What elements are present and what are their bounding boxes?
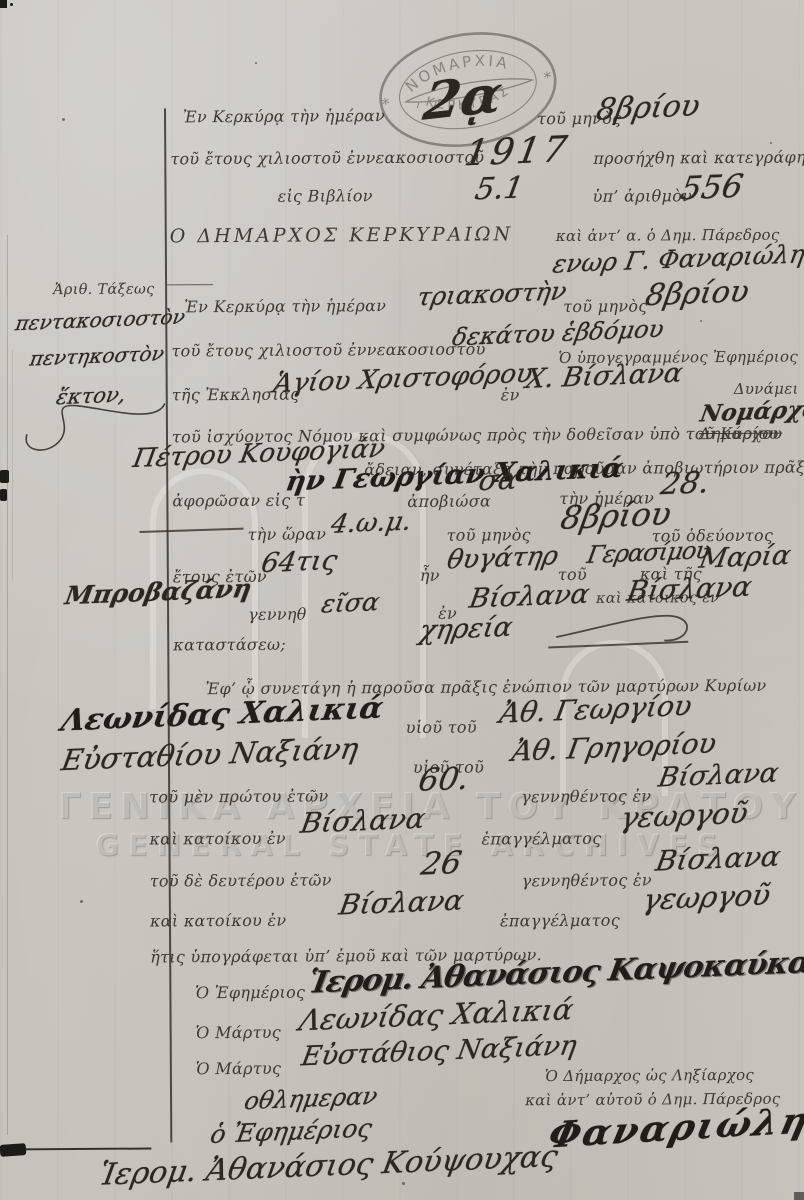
scan-speck bbox=[700, 320, 702, 322]
witness1-job-entry: γεωργοῦ bbox=[618, 796, 751, 835]
by-virtue-label: Δυνάμει bbox=[734, 380, 799, 398]
witness1-age-entry: 60. bbox=[416, 761, 472, 799]
status-entry: χηρεία bbox=[417, 612, 515, 647]
witness2-age-entry: 26 bbox=[418, 845, 464, 883]
witness2-birthplace-entry: Βίσλανα bbox=[653, 840, 783, 878]
status-flourish bbox=[556, 598, 706, 654]
register-book-entry: 5.1 bbox=[472, 170, 526, 207]
witness1-res-entry: Βίσλανα bbox=[298, 802, 428, 840]
margin-rule bbox=[164, 108, 172, 1142]
act-year-entry: δεκάτου ἑβδόμου bbox=[450, 315, 666, 352]
stamp-day-scrawl: 2ᾳ bbox=[420, 64, 506, 133]
scan-speck bbox=[80, 900, 83, 903]
binding-mark bbox=[0, 1143, 26, 1157]
act-line1: Ἐν Κερκύρᾳ τὴν ἡμέραν bbox=[184, 296, 386, 316]
scan-edge-line bbox=[12, 350, 13, 580]
hand-dash bbox=[140, 528, 244, 533]
register-number-entry: 556 bbox=[678, 167, 746, 208]
register-recorded-label: προσήχθη καὶ κατεγράφη bbox=[593, 148, 804, 168]
bottom-priest-signature: Ἱερομ. Ἀθανάσιος Κούψουχας bbox=[97, 1139, 561, 1193]
born-label: γεννηθ bbox=[248, 605, 307, 624]
act-day-entry: τριακοστὴν bbox=[415, 276, 569, 311]
witness2-res-label: καὶ κατοίκου ἐν bbox=[150, 911, 287, 931]
witness1-job-label: ἐπαγγέλματος bbox=[481, 829, 601, 849]
register-book-label: εἰς Βιβλίον bbox=[277, 186, 372, 206]
margin-surname-entry: Μπροβαζάνη bbox=[63, 574, 254, 611]
order-number-label: Ἀριθ. Τάξεως bbox=[53, 282, 155, 299]
hour-label: τὴν ὥραν bbox=[248, 524, 327, 543]
witness2-res-entry: Βίσλανα bbox=[337, 883, 467, 921]
witness2-name-entry: Εὐσταθίου Ναξιάνη bbox=[59, 731, 361, 777]
church-in-label: ἐν bbox=[501, 385, 520, 404]
witness2-job-entry: γεωργοῦ bbox=[640, 878, 773, 917]
mayor-title: Ο ΔΗΜΑΡΧΟΣ ΚΕΡΚΥΡΑΙΩΝ bbox=[170, 223, 514, 247]
church-place-entry: Χ. Βίσλανα bbox=[523, 358, 685, 395]
register-number-label: ὑπ’ ἀριθμὸν bbox=[592, 186, 692, 206]
header-rule bbox=[167, 284, 213, 285]
witness1-son-label: υἱοῦ τοῦ bbox=[406, 718, 477, 737]
corner-mark bbox=[0, 0, 7, 8]
corner-mark bbox=[10, 3, 13, 6]
stamp-star-right: * bbox=[543, 68, 554, 87]
born-ending-entry: εῖσα bbox=[319, 587, 382, 618]
scan-speck bbox=[770, 142, 772, 144]
binding-mark bbox=[0, 489, 7, 501]
witness2-label: Ὁ Μάρτυς bbox=[196, 1059, 281, 1079]
register-month-entry: 8βρίου bbox=[594, 88, 703, 127]
corner-mark bbox=[794, 1192, 804, 1200]
act-month-entry: 8βρίου bbox=[643, 274, 752, 313]
catalog-dash bbox=[19, 1148, 151, 1151]
act-month-label: τοῦ μηνὸς bbox=[563, 296, 647, 316]
priest-label: Ὁ Ἐφημέριος bbox=[195, 983, 305, 1003]
document-page: ΓΕΝΙΚΑ ΑΡΧΕΙΑ ΤΟΥ ΚΡΑΤΟΥΣ GENERAL STATE … bbox=[0, 0, 804, 1200]
church-entry: Ἁγίου Χριστοφόρου bbox=[271, 359, 534, 400]
correction-prefect: Νομάρχου bbox=[698, 395, 804, 427]
witness1-label: Ὁ Μάρτυς bbox=[196, 1023, 281, 1043]
witness1-father-entry: Ἀθ. Γεωργίου bbox=[497, 689, 694, 730]
scan-speck bbox=[255, 62, 257, 64]
bottom-hand-note: οθλημεραν bbox=[242, 1082, 380, 1115]
witness2-signature: Εὐστάθιος Ναξιάνη bbox=[299, 1030, 579, 1072]
status-label: καταστάσεω; bbox=[173, 635, 286, 655]
register-line2: τοῦ ἔτους χιλιοστοῦ ἐννεακοσιοστοῦ bbox=[170, 147, 484, 168]
witness2-job-label: ἐπαγγέλματος bbox=[500, 911, 620, 931]
scan-speck bbox=[62, 118, 65, 121]
was-label: ἦν bbox=[420, 566, 440, 585]
register-year-entry: 1917 bbox=[461, 129, 572, 174]
order-number-entry-2: πεντηκοστὸν bbox=[28, 341, 166, 370]
deceased-verb-ending: σα bbox=[476, 463, 520, 498]
order-number-entry-1: πεντακοσιοστὸν bbox=[14, 304, 187, 335]
scan-edge-line bbox=[7, 235, 8, 1135]
age-entry: 64τις bbox=[259, 545, 340, 579]
witness1-res-label: καὶ κατοίκου ἐν bbox=[149, 829, 286, 849]
witness1-birthplace-entry: Βίσλανα bbox=[656, 758, 781, 794]
bottom-priest-label: ὁ Ἐφημέριος bbox=[208, 1113, 374, 1149]
witness2-born-label: γεννηθέντος ἐν bbox=[522, 870, 652, 890]
month-label-2: τοῦ μηνὸς bbox=[447, 525, 531, 545]
registrar-title-line1: Ὁ Δήμαρχος ὡς Ληξίαρχος bbox=[545, 1066, 754, 1085]
hour-entry: 4.ω.μ. bbox=[329, 507, 414, 540]
register-line1: Ἐν Κερκύρᾳ τὴν ἡμέραν bbox=[183, 106, 385, 126]
witness2-age-label: τοῦ δὲ δευτέρου ἐτῶν bbox=[150, 870, 332, 890]
witness1-age-label: τοῦ μὲν πρώτου ἐτῶν bbox=[149, 786, 328, 806]
scan-speck bbox=[402, 1182, 405, 1185]
relation-entry: θυγάτηρ bbox=[445, 541, 561, 576]
act-line2: τοῦ ἔτους χιλιοστοῦ ἐννεακοσιοστοῦ bbox=[171, 339, 485, 360]
